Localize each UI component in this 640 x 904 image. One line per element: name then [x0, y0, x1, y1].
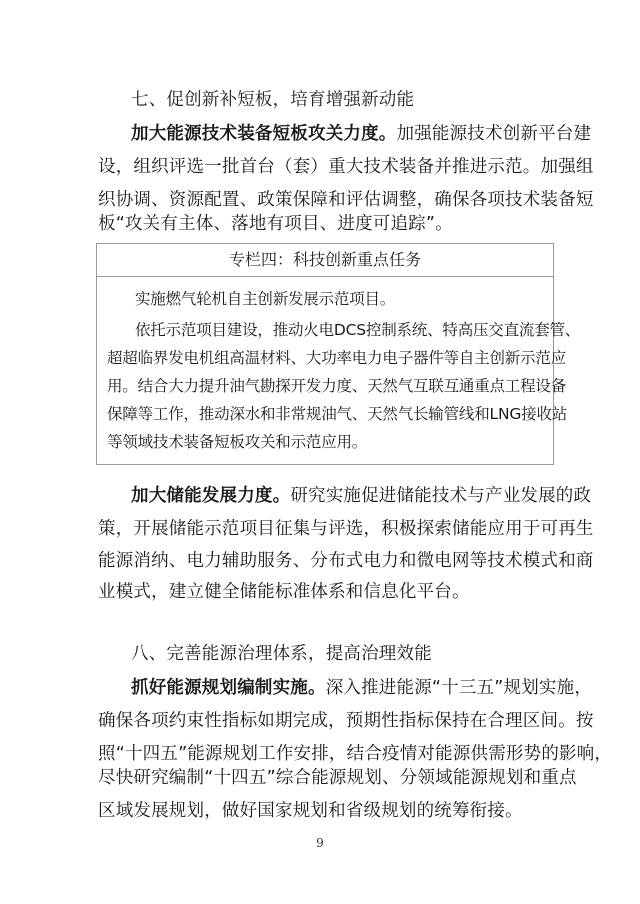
column-box: 专栏四：科技创新重点任务 实施燃气轮机自主创新发展示范项目。 依托示范项目建设，…	[96, 243, 554, 465]
paragraph-text: 加强能源技术创新平台建	[397, 124, 592, 144]
section-heading-7: 七、促创新补短板，培育增强新动能	[131, 88, 591, 112]
document-page: 七、促创新补短板，培育增强新动能 加大能源技术装备短板攻关力度。加强能源技术创新…	[0, 0, 640, 904]
paragraph-text: 深入推进能源“十三五”规划实施，	[326, 678, 592, 698]
paragraph-line: 照“十四五”能源规划工作安排，结合疫情对能源供需形势的影响，	[98, 742, 558, 766]
paragraph-line: 抓好能源规划编制实施。深入推进能源“十三五”规划实施，	[131, 676, 591, 700]
box-line: 依托示范项目建设，推动火电DCS控制系统、特高压交直流套管、	[135, 319, 580, 341]
paragraph-lead: 加大储能发展力度。	[131, 486, 290, 506]
paragraph-line: 织协调、资源配置、政策保障和评估调整，确保各项技术装备短	[98, 188, 558, 212]
paragraph-line: 能源消纳、电力辅助服务、分布式电力和微电网等技术模式和商	[98, 549, 558, 573]
paragraph-text: 研究实施促进储能技术与产业发展的政	[290, 486, 591, 506]
paragraph-lead: 抓好能源规划编制实施。	[131, 678, 326, 698]
paragraph-line: 加大能源技术装备短板攻关力度。加强能源技术创新平台建	[131, 122, 591, 146]
paragraph-line: 板“攻关有主体、落地有项目、进度可追踪”。	[98, 212, 558, 236]
paragraph-line: 确保各项约束性指标如期完成，预期性指标保持在合理区间。按	[98, 709, 558, 733]
box-line: 等领域技术装备短板攻关和示范应用。	[107, 431, 367, 453]
paragraph-line: 加大储能发展力度。研究实施促进储能技术与产业发展的政	[131, 484, 591, 508]
paragraph-line: 尽快研究编制“十四五”综合能源规划、分领域能源规划和重点	[98, 766, 558, 790]
paragraph-line: 区域发展规划，做好国家规划和省级规划的统筹衔接。	[98, 799, 558, 823]
paragraph-line: 业模式，建立健全储能标准体系和信息化平台。	[98, 580, 558, 604]
paragraph-lead: 加大能源技术装备短板攻关力度。	[131, 124, 397, 144]
paragraph-line: 策，开展储能示范项目征集与评选，积极探索储能应用于可再生	[98, 517, 558, 541]
box-line: 用。结合大力提升油气勘探开发力度、天然气互联互通重点工程设备	[107, 375, 566, 397]
box-item-title: 实施燃气轮机自主创新发展示范项目。	[135, 288, 395, 310]
paragraph-line: 设，组织评选一批首台（套）重大技术装备并推进示范。加强组	[98, 155, 558, 179]
section-heading-8: 八、完善能源治理体系，提高治理效能	[131, 642, 591, 666]
column-box-title: 专栏四：科技创新重点任务	[97, 244, 553, 277]
box-line: 超超临界发电机组高温材料、大功率电力电子器件等自主创新示范应	[107, 347, 566, 369]
box-line: 保障等工作，推动深水和非常规油气、天然气长输管线和LNG接收站	[107, 403, 567, 425]
page-number: 9	[0, 836, 640, 850]
